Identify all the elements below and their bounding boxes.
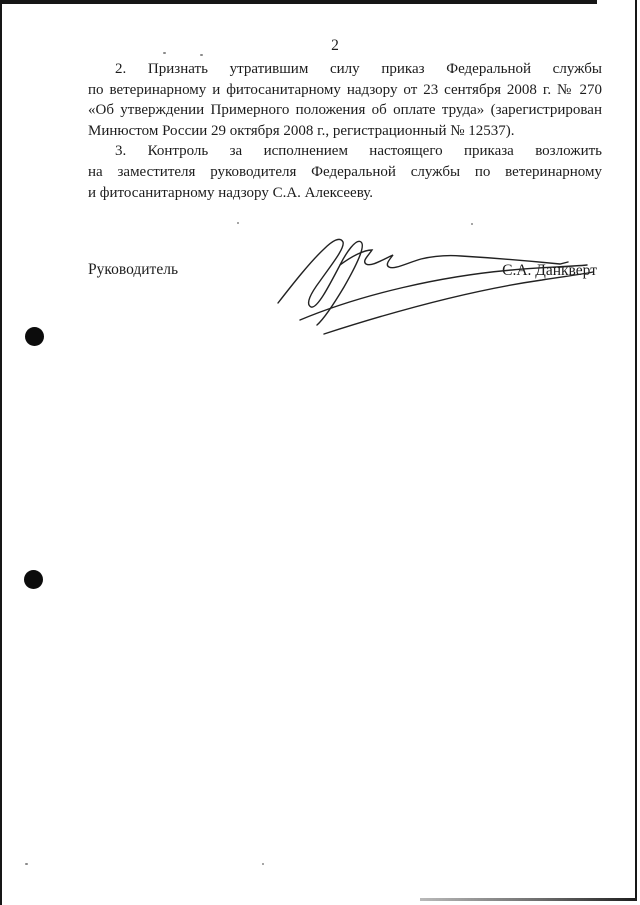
signatory-title: Руководитель (88, 261, 178, 279)
text-line: 2. Признать утратившим силу приказ Федер… (88, 59, 602, 80)
scan-edge-top (0, 0, 597, 4)
signature-stroke (324, 272, 593, 334)
signature-autograph (262, 228, 607, 340)
document-body: 2. Признать утратившим силу приказ Федер… (88, 59, 602, 203)
signature-stroke (300, 265, 587, 320)
scan-speck (163, 52, 166, 54)
signature-stroke (340, 250, 568, 268)
text-line: и фитосанитарному надзору С.А. Алексееву… (88, 183, 602, 204)
scan-speck (471, 223, 473, 225)
scan-speck (237, 222, 239, 224)
hole-punch-dot (24, 570, 43, 589)
scan-edge-right (635, 0, 637, 899)
scanned-document-page: 2 2. Признать утратившим силу приказ Фед… (0, 0, 640, 905)
text-line: по ветеринарному и фитосанитарному надзо… (88, 80, 602, 101)
text-line: 3. Контроль за исполнением настоящего пр… (88, 141, 602, 162)
scan-speck (200, 54, 203, 56)
page-number: 2 (320, 37, 350, 55)
scan-edge-left (0, 0, 2, 905)
scan-edge-bottom (420, 898, 637, 901)
text-line: на заместителя руководителя Федеральной … (88, 162, 602, 183)
hole-punch-dot (25, 327, 44, 346)
text-line: Минюстом России 29 октября 2008 г., реги… (88, 121, 602, 142)
text-line: «Об утверждении Примерного положения об … (88, 100, 602, 121)
scan-speck (25, 863, 28, 865)
scan-speck (262, 863, 264, 865)
